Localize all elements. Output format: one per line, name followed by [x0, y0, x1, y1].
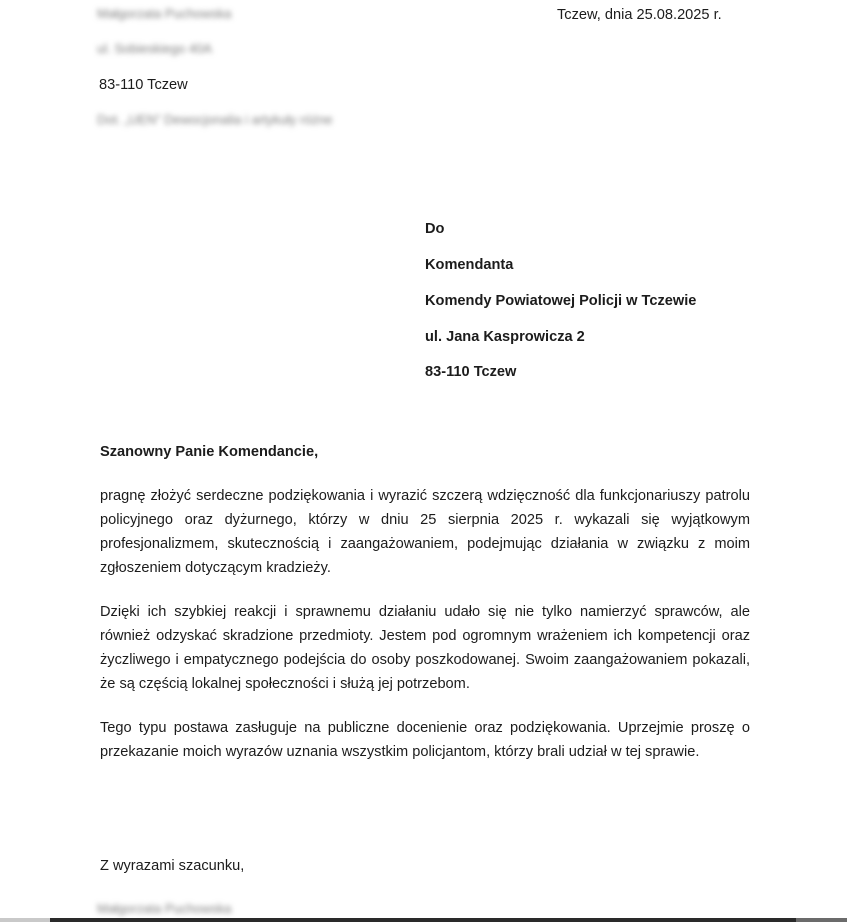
recipient-line: Komendy Powiatowej Policji w Tczewie: [425, 291, 696, 311]
recipient-line: Do: [425, 219, 444, 239]
edge-segment: [50, 918, 796, 922]
place-date: Tczew, dnia 25.08.2025 r.: [557, 5, 722, 25]
recipient-line: Komendanta: [425, 255, 513, 275]
salutation: Szanowny Panie Komendancie,: [100, 442, 318, 462]
signature-redacted: Małgorzata Puchowska: [97, 900, 231, 918]
sender-name-redacted: Małgorzata Puchowska: [97, 5, 231, 23]
edge-segment: [0, 918, 50, 922]
sender-city: 83-110 Tczew: [99, 75, 188, 95]
edge-segment: [796, 918, 847, 922]
body-paragraph: pragnę złożyć serdeczne podziękowania i …: [100, 484, 750, 580]
recipient-line: ul. Jana Kasprowicza 2: [425, 327, 585, 347]
letter-page: Małgorzata Puchowska ul. Sobieskiego 40A…: [0, 0, 847, 922]
body-paragraph: Tego typu postawa zasługuje na publiczne…: [100, 716, 750, 764]
closing: Z wyrazami szacunku,: [100, 856, 244, 876]
sender-street-redacted: ul. Sobieskiego 40A: [97, 40, 212, 58]
page-bottom-edge: [0, 918, 847, 922]
body-paragraph: Dzięki ich szybkiej reakcji i sprawnemu …: [100, 600, 750, 696]
recipient-line: 83-110 Tczew: [425, 362, 516, 382]
sender-document-line-redacted: Dot. „UEN” Dewocjonalia i artykuły różne: [97, 111, 333, 129]
